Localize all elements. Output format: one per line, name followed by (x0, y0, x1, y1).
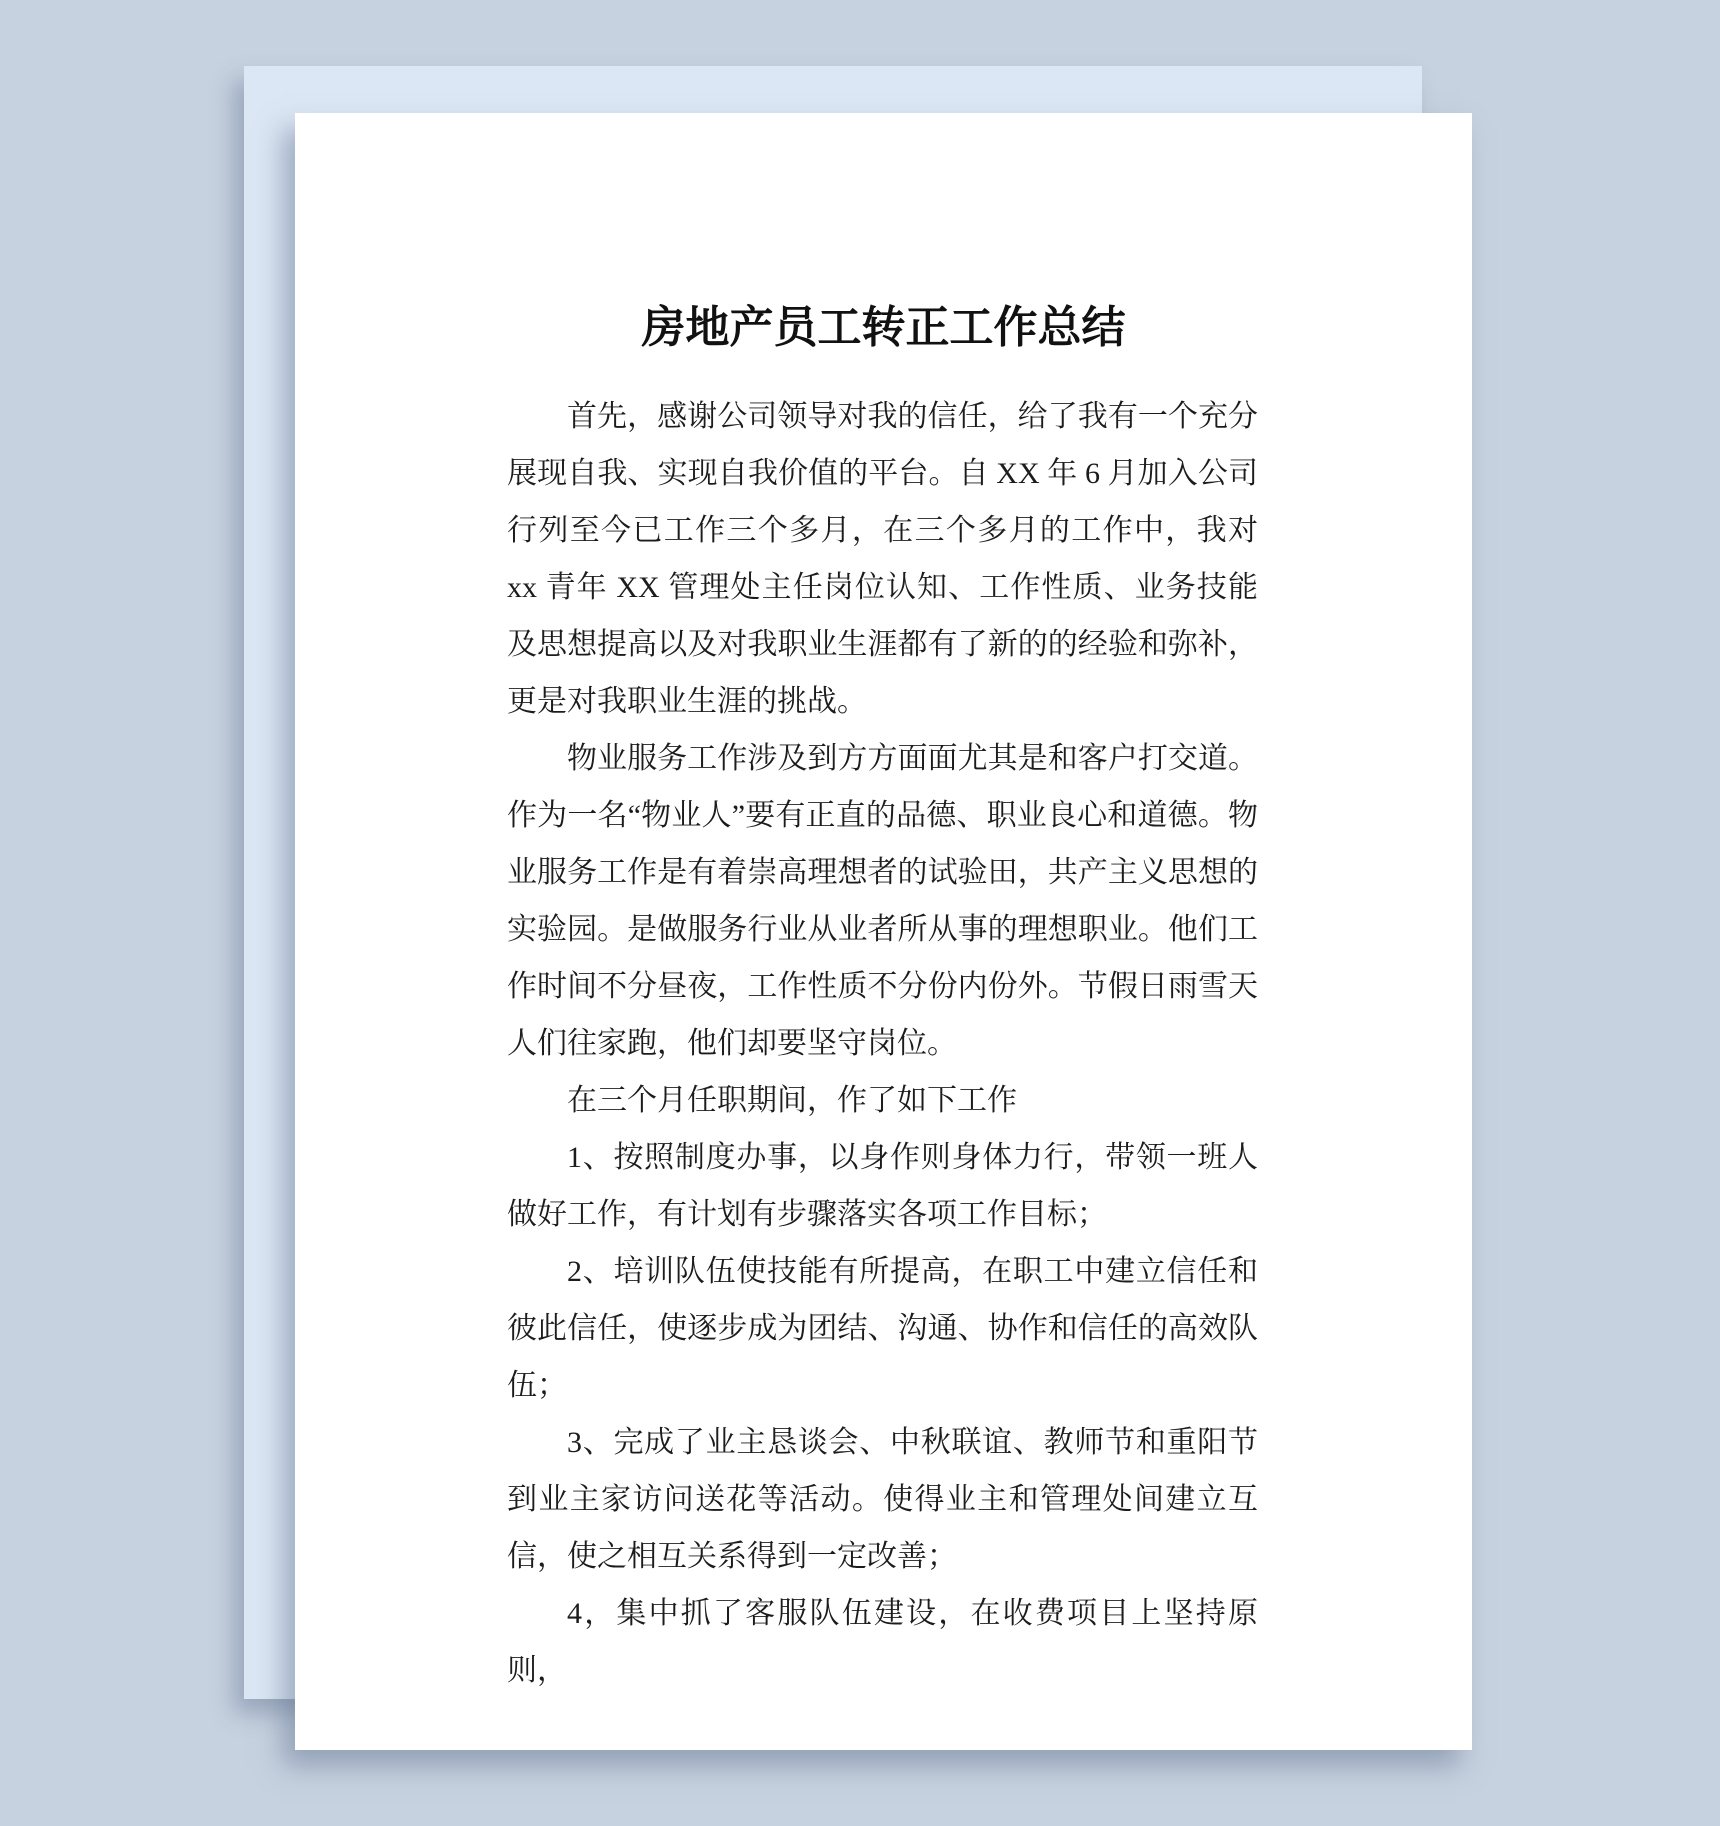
paragraph: 3、完成了业主恳谈会、中秋联谊、教师节和重阳节到业主家访问送花等活动。使得业主和… (507, 1414, 1258, 1585)
document-page: 房地产员工转正工作总结 首先，感谢公司领导对我的信任，给了我有一个充分展现自我、… (295, 113, 1472, 1750)
document-body: 首先，感谢公司领导对我的信任，给了我有一个充分展现自我、实现自我价值的平台。自 … (295, 388, 1472, 1699)
paragraph: 首先，感谢公司领导对我的信任，给了我有一个充分展现自我、实现自我价值的平台。自 … (507, 388, 1258, 730)
paragraph: 在三个月任职期间，作了如下工作 (507, 1072, 1258, 1129)
paragraph: 物业服务工作涉及到方方面面尤其是和客户打交道。作为一名“物业人”要有正直的品德、… (507, 730, 1258, 1072)
paragraph: 2、培训队伍使技能有所提高，在职工中建立信任和彼此信任，使逐步成为团结、沟通、协… (507, 1243, 1258, 1414)
document-title: 房地产员工转正工作总结 (295, 303, 1472, 354)
canvas-background: 房地产员工转正工作总结 首先，感谢公司领导对我的信任，给了我有一个充分展现自我、… (0, 0, 1720, 1826)
paragraph: 4，集中抓了客服队伍建设，在收费项目上坚持原则， (507, 1585, 1258, 1699)
paragraph: 1、按照制度办事，以身作则身体力行，带领一班人做好工作，有计划有步骤落实各项工作… (507, 1129, 1258, 1243)
